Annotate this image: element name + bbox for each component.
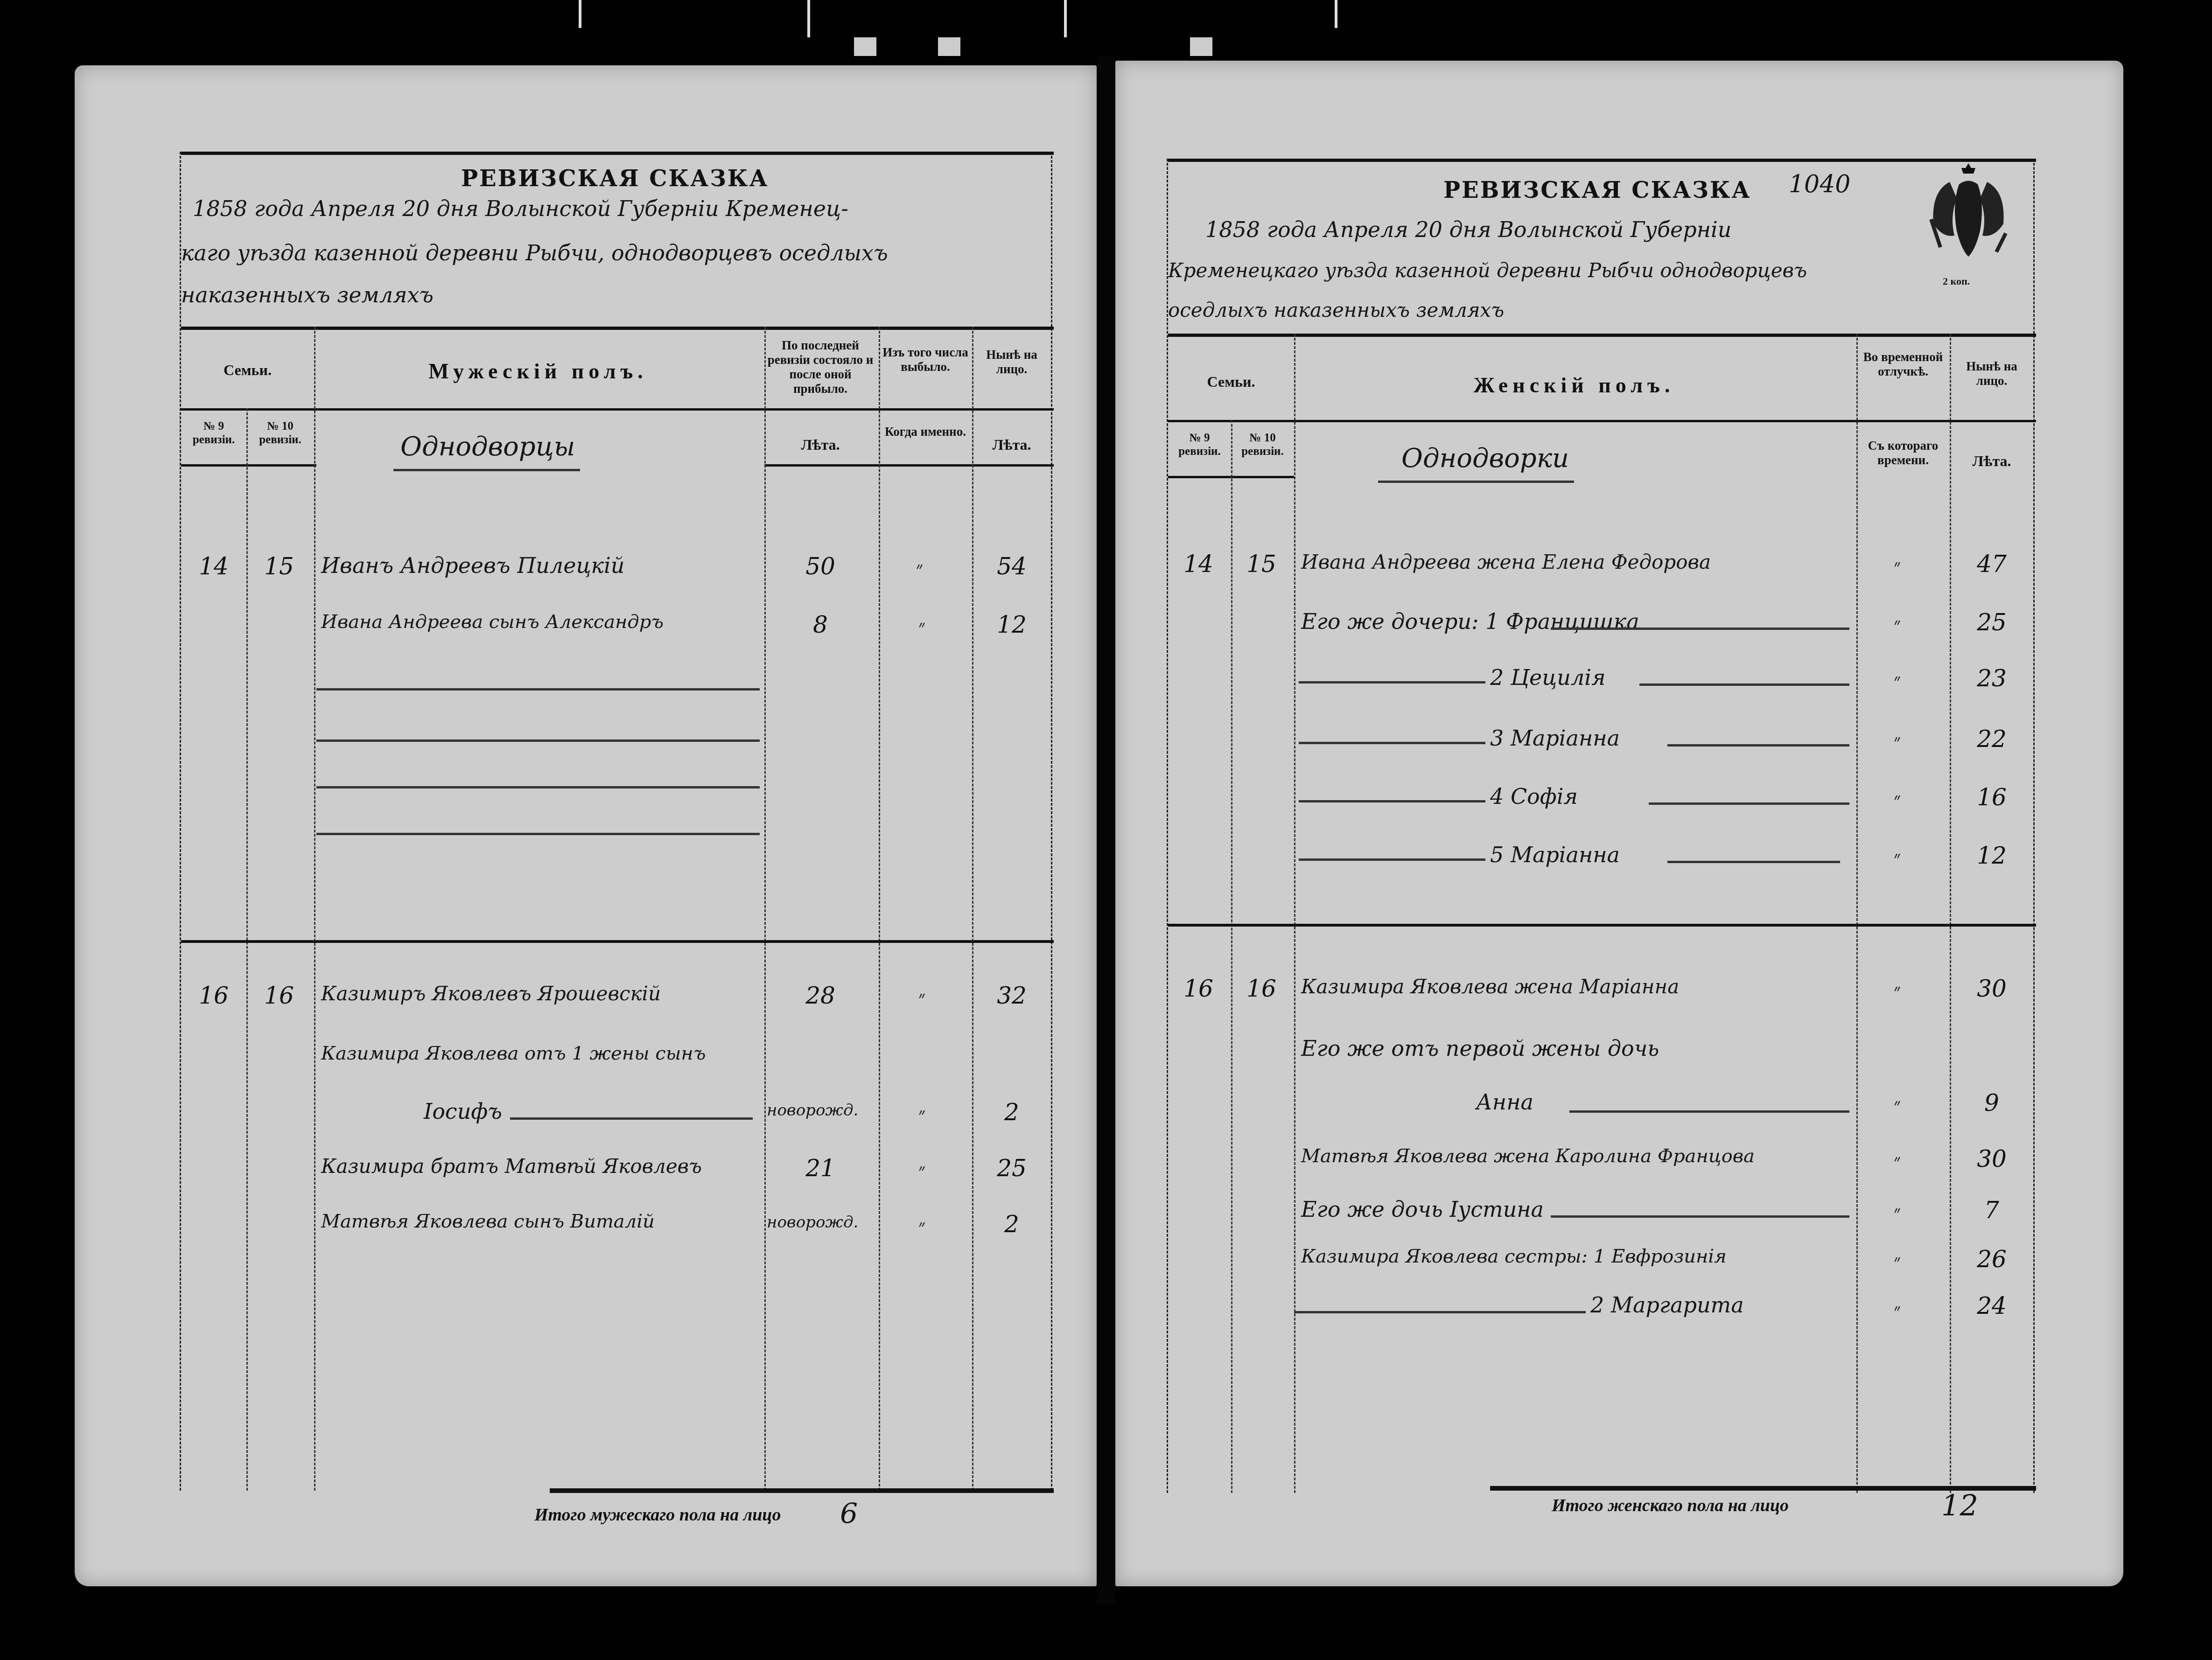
left-page: РЕВИЗСКАЯ СКАЗКА 1858 года Апреля 20 дня… bbox=[75, 65, 1097, 1586]
total-rule bbox=[550, 1488, 1054, 1493]
person-name: Матвѣя Яковлева жена Каролина Францова bbox=[1301, 1145, 1755, 1167]
top-rule bbox=[1168, 159, 2036, 162]
header-rev9: № 9 ревизіи. bbox=[1168, 432, 1231, 459]
stamp-value: 2 коп. bbox=[1943, 275, 1970, 287]
person-name: Казимира братъ Матвѣй Яковлевъ bbox=[321, 1155, 702, 1178]
present-age: 12 bbox=[1957, 842, 2027, 869]
subheader-rule bbox=[181, 464, 316, 467]
film-edge-marks bbox=[579, 0, 1344, 56]
left-form-frame: РЕВИЗСКАЯ СКАЗКА 1858 года Апреля 20 дня… bbox=[180, 152, 1052, 1491]
ditto-mark: ״ bbox=[1894, 980, 1901, 1002]
film-tick bbox=[1335, 0, 1337, 28]
row-divider bbox=[316, 786, 760, 788]
fill-line bbox=[1667, 744, 1849, 746]
total-label: Итого мужескаго пола на лицо bbox=[534, 1505, 781, 1525]
last-rev-age: новорожд. bbox=[767, 1101, 858, 1120]
ditto-mark: ״ bbox=[918, 1159, 925, 1181]
header-mid-rule bbox=[1168, 420, 2036, 422]
present-age: 25 bbox=[1957, 609, 2027, 636]
ditto-mark: ״ bbox=[1894, 1201, 1901, 1223]
present-age: 16 bbox=[1957, 784, 2027, 811]
present-age: 12 bbox=[979, 611, 1044, 638]
intro-line-1: 1858 года Апреля 20 дня Волынской Губерн… bbox=[193, 196, 848, 221]
form-title: РЕВИЗСКАЯ СКАЗКА bbox=[1443, 177, 1751, 203]
present-age: 25 bbox=[979, 1155, 1044, 1182]
form-title: РЕВИЗСКАЯ СКАЗКА bbox=[461, 166, 769, 192]
total-label: Итого женскаго пола на лицо bbox=[1552, 1495, 1789, 1516]
present-age: 9 bbox=[1957, 1089, 2027, 1116]
person-name: Его же отъ первой жены дочь bbox=[1301, 1036, 1659, 1061]
fill-line bbox=[1551, 628, 1849, 630]
group-label: Однодворцы bbox=[400, 432, 575, 462]
ditto-mark: ״ bbox=[916, 558, 923, 579]
header-present: Нынѣ на лицо. bbox=[972, 348, 1051, 377]
row-divider bbox=[316, 688, 760, 691]
column-divider bbox=[764, 327, 766, 1491]
person-name: Казимира Яковлева жена Маріанна bbox=[1301, 975, 1679, 998]
ditto-mark: ״ bbox=[918, 1215, 925, 1237]
ditto-mark: ״ bbox=[918, 1103, 925, 1125]
person-name: Анна bbox=[1476, 1089, 1533, 1115]
ditto-mark: ״ bbox=[1894, 1094, 1901, 1116]
last-rev-age: 28 bbox=[783, 982, 858, 1009]
ditto-mark: ״ bbox=[1894, 670, 1901, 691]
person-name: Его же дочь Іустина bbox=[1301, 1197, 1544, 1222]
present-age: 22 bbox=[1957, 725, 2027, 753]
person-name: Казимира Яковлева сестры: 1 Евфрозинія bbox=[1301, 1246, 1727, 1267]
book-spine bbox=[1097, 56, 1115, 1605]
ditto-mark: ״ bbox=[1894, 555, 1901, 577]
header-top-rule bbox=[181, 327, 1054, 330]
row-divider bbox=[316, 833, 760, 835]
column-divider bbox=[1950, 334, 1951, 1493]
present-age: 23 bbox=[1957, 665, 2027, 692]
present-age: 30 bbox=[1957, 1145, 2027, 1172]
person-name: Ивана Андреева сынъ Александръ bbox=[321, 611, 664, 633]
top-rule bbox=[181, 152, 1054, 155]
header-present-years: Лѣта. bbox=[972, 436, 1051, 453]
ditto-mark: ״ bbox=[1894, 614, 1901, 635]
intro-line-2: каго уѣзда казенной деревни Рыбчи, однод… bbox=[181, 240, 888, 265]
ditto-mark: ״ bbox=[1894, 1299, 1901, 1321]
present-age: 2 bbox=[979, 1211, 1044, 1238]
row-divider bbox=[316, 739, 760, 742]
last-rev-age: 50 bbox=[783, 553, 858, 580]
intro-line-1: 1858 года Апреля 20 дня Волынской Губерн… bbox=[1205, 217, 1731, 242]
group-underline bbox=[1378, 481, 1574, 483]
header-top-rule bbox=[1168, 334, 2036, 337]
rev9-number: 16 bbox=[1175, 975, 1222, 1002]
header-families: Семьи. bbox=[181, 362, 314, 379]
fill-line bbox=[1667, 861, 1840, 863]
right-form-frame: РЕВИЗСКАЯ СКАЗКА 1040 2 коп. 1858 года А… bbox=[1167, 159, 2035, 1493]
fill-line bbox=[1294, 1311, 1586, 1313]
person-name: Казимира Яковлева отъ 1 жены сынъ bbox=[321, 1043, 706, 1064]
header-departed: Изъ того числа выбыло. bbox=[879, 345, 972, 374]
present-age: 7 bbox=[1957, 1197, 2027, 1224]
person-name: 2 Маргарита bbox=[1590, 1292, 1744, 1318]
present-age: 47 bbox=[1957, 551, 2027, 578]
last-rev-age: 21 bbox=[783, 1155, 858, 1182]
present-age: 32 bbox=[979, 982, 1044, 1009]
person-name: Іосифъ bbox=[424, 1099, 502, 1124]
film-block bbox=[1190, 37, 1212, 56]
ditto-mark: ״ bbox=[1894, 730, 1901, 752]
group-underline bbox=[393, 469, 580, 471]
film-block bbox=[854, 37, 876, 56]
rev9-number: 14 bbox=[1175, 551, 1222, 578]
person-name: Иванъ Андреевъ Пилецкій bbox=[321, 553, 624, 578]
total-value: 12 bbox=[1941, 1488, 1978, 1522]
header-present-years: Лѣта. bbox=[1950, 453, 2034, 470]
fill-line bbox=[1649, 802, 1849, 805]
person-name: 5 Маріанна bbox=[1490, 842, 1620, 867]
person-name: 2 Цецилія bbox=[1490, 665, 1605, 690]
fill-line bbox=[1299, 742, 1485, 744]
present-age: 30 bbox=[1957, 975, 2027, 1002]
column-divider bbox=[1231, 420, 1232, 1493]
header-mid-rule bbox=[181, 408, 1054, 411]
column-divider bbox=[246, 408, 248, 1491]
column-divider bbox=[1294, 334, 1295, 1493]
person-name: 3 Маріанна bbox=[1490, 725, 1620, 751]
last-rev-age: 8 bbox=[783, 611, 858, 638]
person-name: Казимиръ Яковлевъ Ярошевскій bbox=[321, 982, 661, 1005]
present-age: 2 bbox=[979, 1099, 1044, 1126]
header-last-rev-years: Лѣта. bbox=[764, 436, 876, 453]
column-divider bbox=[972, 327, 973, 1491]
rev10-number: 16 bbox=[256, 982, 302, 1009]
intro-line-3: наказенныхъ земляхъ bbox=[181, 282, 434, 307]
fill-line bbox=[1569, 1110, 1849, 1113]
group-label: Однодворки bbox=[1401, 443, 1569, 474]
rev10-number: 15 bbox=[1238, 551, 1285, 578]
ditto-mark: ״ bbox=[918, 987, 925, 1009]
fill-line bbox=[1299, 681, 1485, 684]
header-rev10: № 10 ревизіи. bbox=[246, 420, 314, 447]
ditto-mark: ״ bbox=[1894, 1250, 1901, 1272]
family-separator bbox=[181, 940, 1054, 943]
fill-line bbox=[510, 1117, 753, 1120]
fill-line bbox=[1299, 800, 1485, 802]
person-name: Его же дочери: 1 Францишка bbox=[1301, 609, 1639, 634]
intro-line-2: Кременецкаго уѣзда казенной деревни Рыбч… bbox=[1168, 259, 1807, 282]
fill-line bbox=[1299, 858, 1485, 861]
header-rev9: № 9 ревизіи. bbox=[181, 420, 246, 447]
right-page: РЕВИЗСКАЯ СКАЗКА 1040 2 коп. 1858 года А… bbox=[1115, 61, 2123, 1586]
column-divider bbox=[314, 327, 315, 1491]
fill-line bbox=[1551, 1215, 1849, 1218]
total-value: 6 bbox=[840, 1498, 858, 1530]
header-section: Женскій полъ. bbox=[1294, 373, 1854, 398]
person-name: Ивана Андреева жена Елена Федорова bbox=[1301, 551, 1711, 573]
fill-line bbox=[1639, 684, 1849, 686]
sheet-number: 1040 bbox=[1789, 170, 1850, 198]
rev10-number: 15 bbox=[256, 553, 302, 580]
header-temp-absence: Во временной отлучкѣ. bbox=[1856, 350, 1950, 379]
film-tick bbox=[807, 0, 810, 37]
family-separator bbox=[1168, 924, 2036, 927]
present-age: 54 bbox=[979, 553, 1044, 580]
header-last-revision: По последней ревизіи состояло и после он… bbox=[764, 338, 876, 396]
column-divider bbox=[879, 327, 880, 1491]
header-departed-when: Когда именно. bbox=[879, 425, 972, 439]
ditto-mark: ״ bbox=[1894, 788, 1901, 810]
header-rev10: № 10 ревизіи. bbox=[1231, 432, 1294, 459]
ditto-mark: ״ bbox=[1894, 1150, 1901, 1172]
subheader-rule bbox=[764, 464, 1054, 467]
present-age: 26 bbox=[1957, 1246, 2027, 1273]
ditto-mark: ״ bbox=[918, 616, 925, 638]
film-tick bbox=[1064, 0, 1067, 37]
film-block bbox=[938, 37, 960, 56]
film-tick bbox=[579, 0, 581, 28]
ditto-mark: ״ bbox=[1894, 847, 1901, 869]
last-rev-age: новорожд. bbox=[767, 1213, 858, 1232]
person-name: Матвѣя Яковлева сынъ Виталій bbox=[321, 1211, 655, 1232]
present-age: 24 bbox=[1957, 1292, 2027, 1319]
rev9-number: 16 bbox=[190, 982, 237, 1009]
header-present: Нынѣ на лицо. bbox=[1950, 359, 2034, 388]
header-families: Семьи. bbox=[1168, 373, 1294, 391]
header-section: Мужескій полъ. bbox=[314, 359, 762, 384]
column-divider bbox=[1856, 334, 1858, 1493]
person-name: 4 Софія bbox=[1490, 784, 1578, 809]
rev10-number: 16 bbox=[1238, 975, 1285, 1002]
header-absence-since: Съ котораго времени. bbox=[1856, 439, 1950, 467]
rev9-number: 14 bbox=[190, 553, 237, 580]
intro-line-3: оседлыхъ наказенныхъ земляхъ bbox=[1168, 299, 1504, 321]
double-headed-eagle-icon bbox=[1922, 163, 2015, 271]
